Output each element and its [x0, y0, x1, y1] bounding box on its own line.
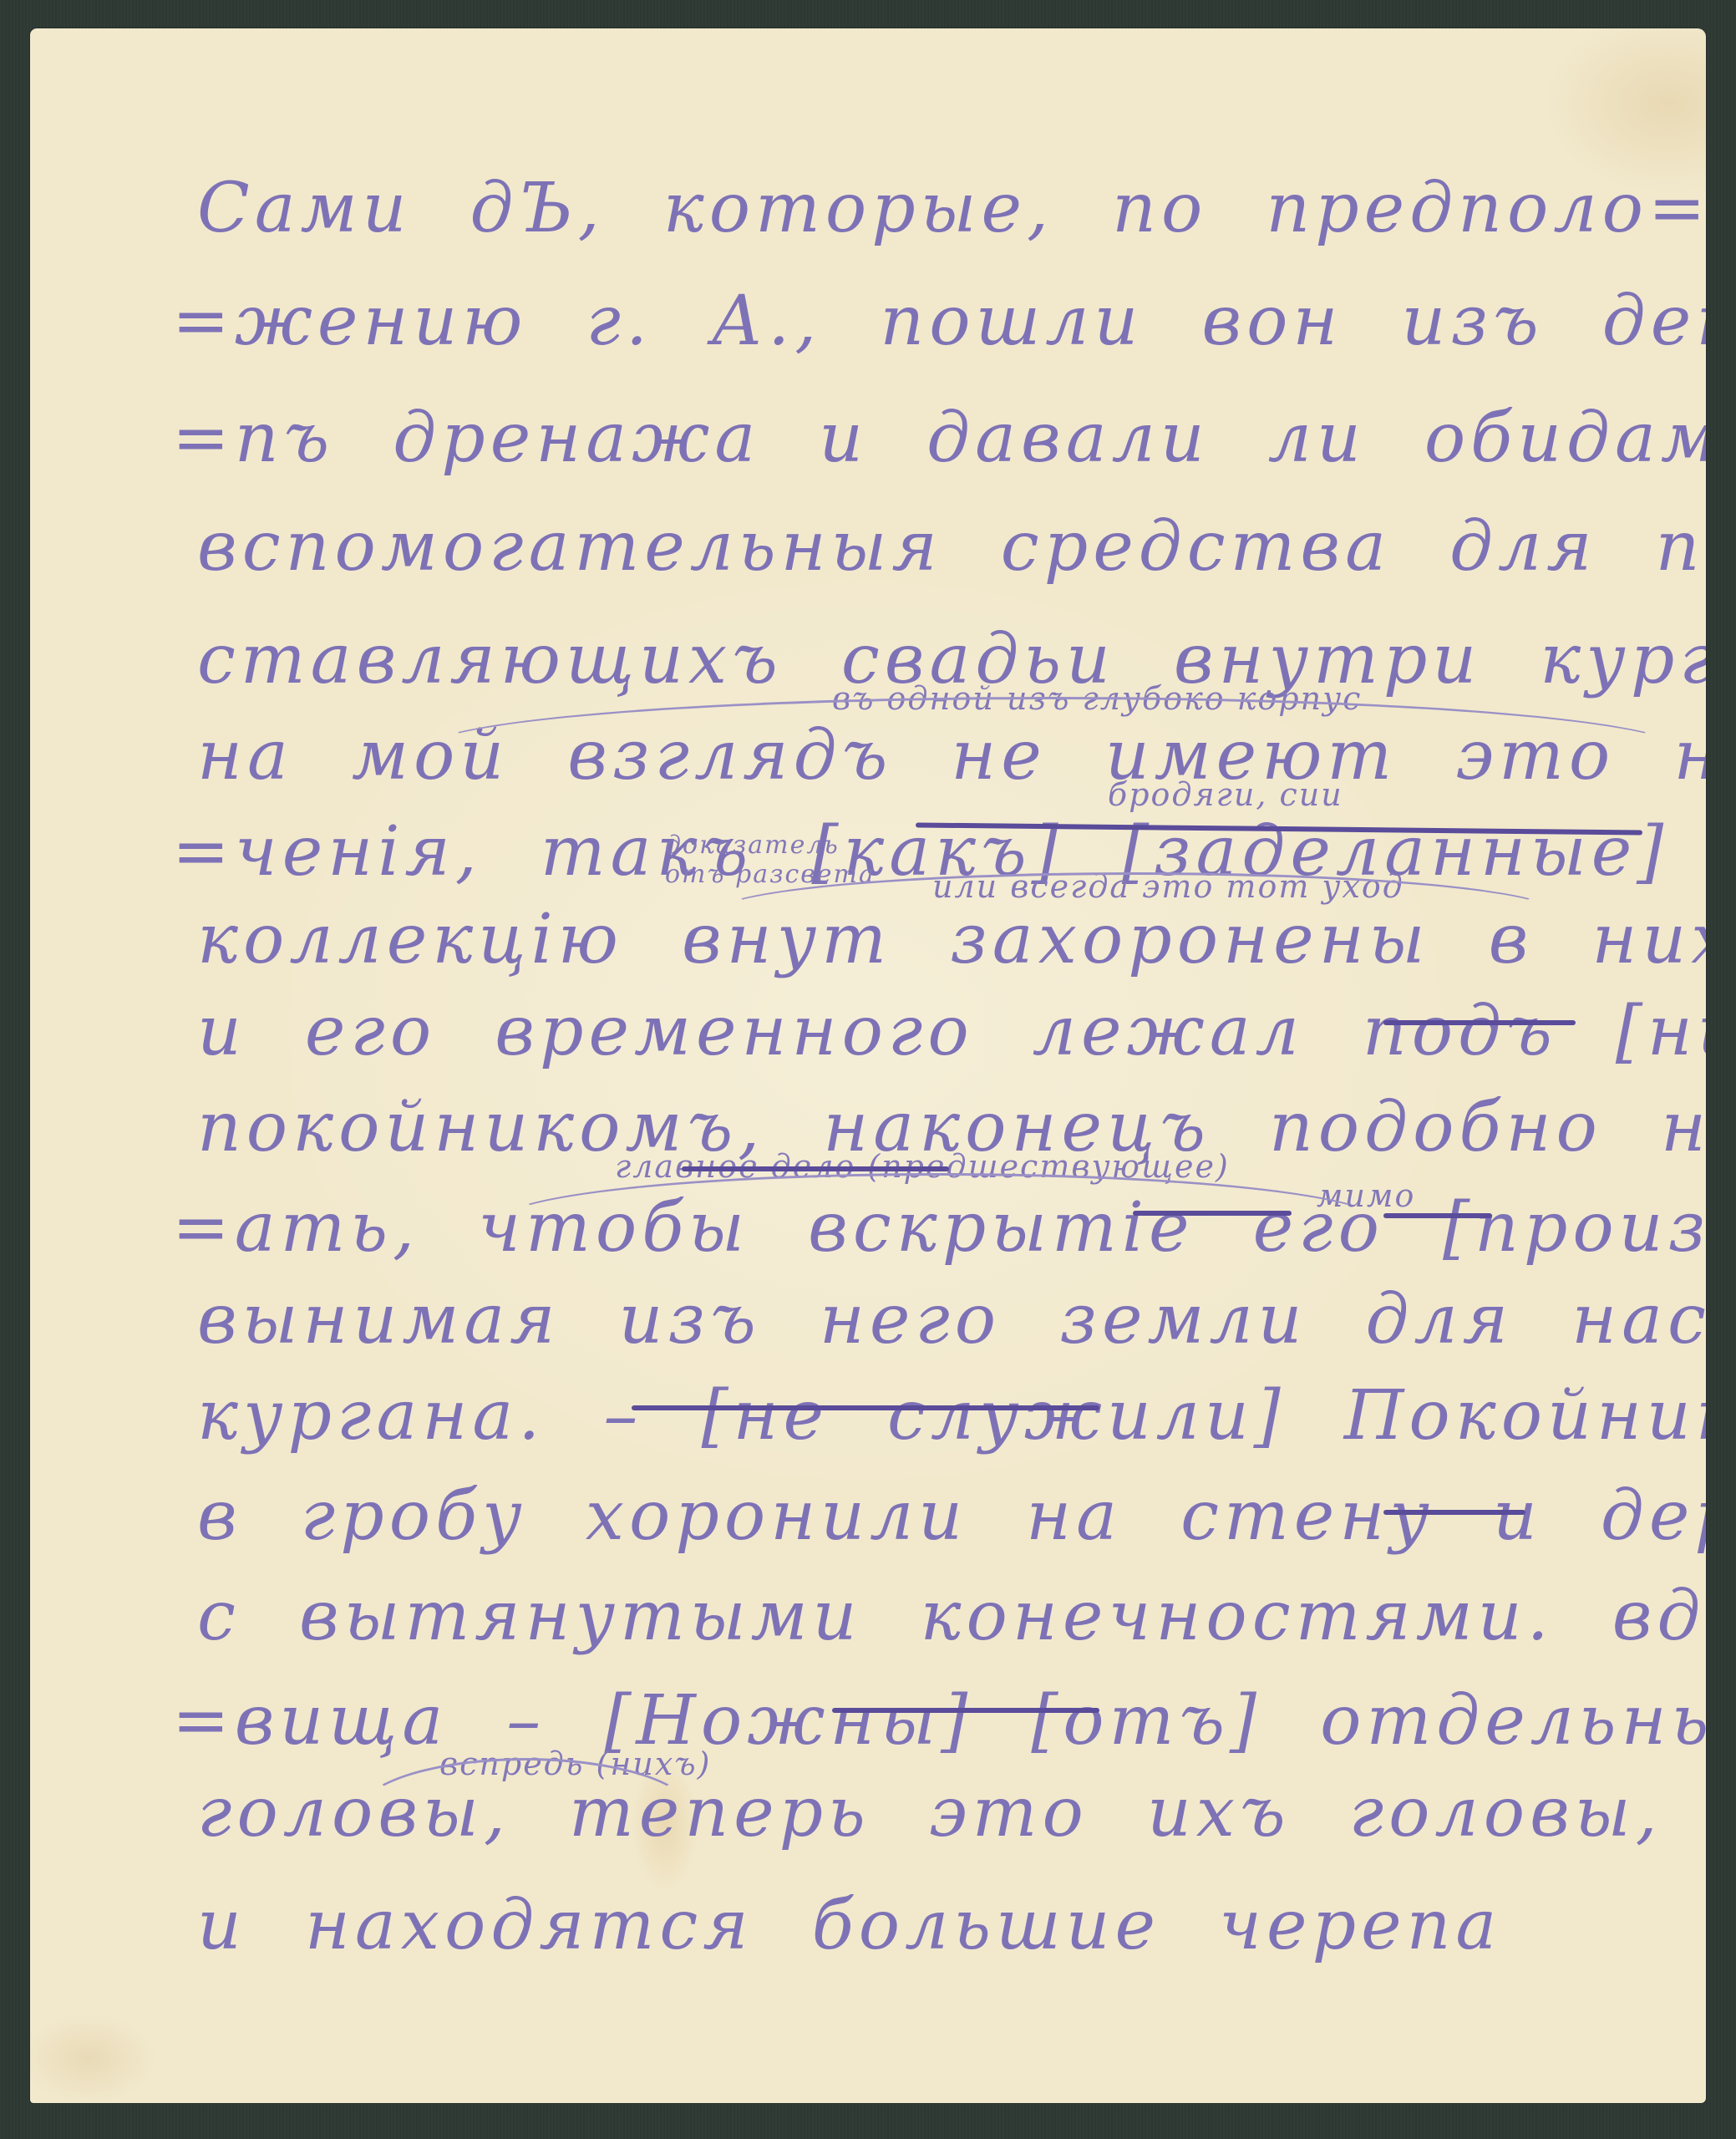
strikethrough-mark [1383, 1213, 1492, 1218]
interlinear-insertion: доказатель [665, 831, 840, 860]
manuscript-line-13: кургана. – [не служили] Покойника [197, 1382, 1706, 1451]
manuscript-line-1: Сами дЪ, которые, по предполо= [197, 175, 1706, 243]
manuscript-line-16: =вища – [Ножны] [отъ] отдельные [172, 1687, 1706, 1755]
manuscript-line-18: и находятся большие черепа [197, 1892, 1501, 1960]
insertion-guide-loop [715, 872, 1556, 953]
manuscript-line-4: вспомогательныя средства для предо= [197, 513, 1706, 582]
strikethrough-mark [1383, 1020, 1576, 1025]
manuscript-line-9: и его временного лежал подъ [нимъ] [197, 998, 1706, 1066]
manuscript-line-14: в гробу хоронили на стену и дерево [ниже… [197, 1482, 1706, 1551]
insertion-guide-loop [356, 1758, 695, 1872]
strikethrough-mark [682, 1166, 949, 1171]
manuscript-page: Сами дЪ, которые, по предполо= =жению г.… [30, 28, 1706, 2103]
insertion-guide-loop [498, 1173, 1380, 1270]
strikethrough-mark [832, 1708, 1099, 1713]
manuscript-line-2: =жению г. А., пошли вон изъ депе= [172, 287, 1706, 356]
manuscript-line-15: с вытянутыми конечностями. вдоль туло= [197, 1583, 1706, 1651]
strikethrough-mark [1383, 1510, 1525, 1515]
manuscript-line-3: =пъ дренажа и давали ли обидам [172, 404, 1706, 473]
manuscript-line-12: вынимая изъ него земли для насыпи [197, 1286, 1706, 1354]
strikethrough-mark [632, 1405, 1099, 1410]
insertion-guide-loop [423, 697, 1681, 802]
